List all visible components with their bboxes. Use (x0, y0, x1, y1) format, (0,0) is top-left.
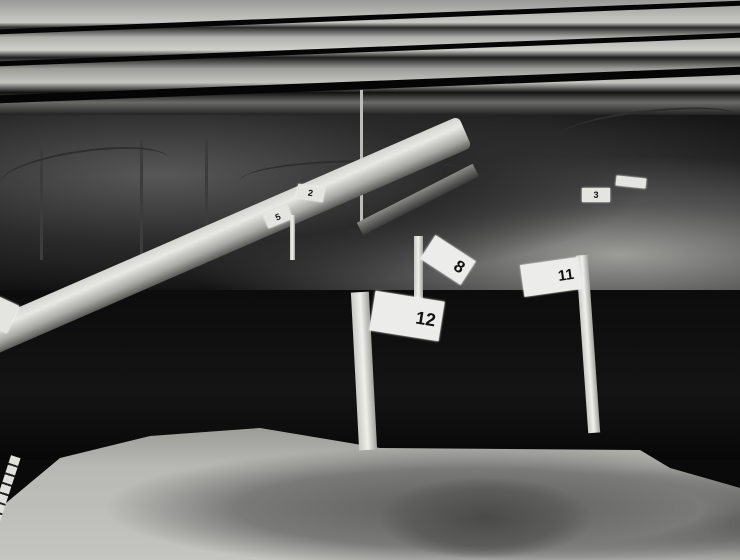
tag-number: 5 (274, 211, 282, 222)
floor-stain (380, 478, 590, 558)
beam-shadow-line (0, 65, 740, 104)
excavation-photograph: 12 11 8 5 2 3 (0, 0, 740, 560)
beam-shadow-line (0, 31, 740, 67)
stake-far (290, 215, 295, 260)
beam-shadow-line (0, 0, 740, 35)
tag-number: 11 (557, 265, 575, 284)
tag-number: 3 (593, 190, 598, 200)
tag-number: 12 (414, 307, 437, 331)
ceiling-beams (0, 0, 740, 125)
tag-number: 2 (307, 188, 314, 199)
stake-8 (414, 236, 423, 306)
marker-tag-far-right-a: 3 (582, 188, 610, 202)
tag-number: 8 (450, 256, 469, 278)
